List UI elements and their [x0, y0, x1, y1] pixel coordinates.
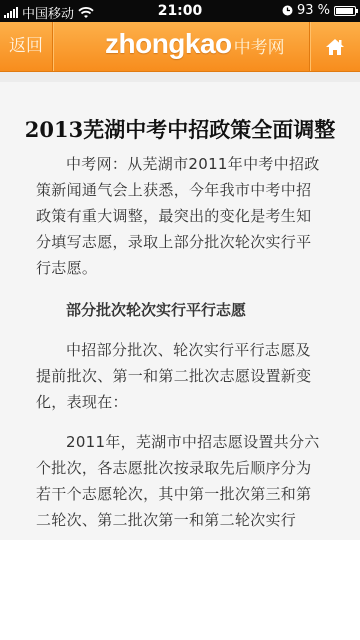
logo-text-en: zhongkao	[105, 28, 232, 60]
clock-icon	[282, 5, 293, 16]
article-content: 2013芜湖中考中招政策全面调整 中考网：从芜湖市2011年中考中招政策新闻通气…	[0, 72, 360, 540]
home-button[interactable]	[309, 22, 360, 71]
article-paragraph: 中招部分批次、轮次实行平行志愿及提前批次、第一和第二批次志愿设置新变化，表现在：	[36, 337, 324, 415]
article-paragraph: 中考网：从芜湖市2011年中考中招政策新闻通气会上获悉，今年我市中考中招政策有重…	[36, 151, 324, 281]
battery-percent: 93 %	[297, 3, 330, 18]
logo-text-cn: 中考网	[234, 33, 285, 58]
article-paragraph: 2011年，芜湖市中招志愿设置共分六个批次，各志愿批次按录取先后顺序分为若干个志…	[36, 429, 324, 533]
article-subheading: 部分批次轮次实行平行志愿	[36, 297, 324, 323]
home-icon	[325, 38, 345, 56]
battery-icon	[334, 6, 356, 16]
nav-bar: 返回 zhongkao 中考网	[0, 22, 360, 72]
article-title: 2013芜湖中考中招政策全面调整	[20, 116, 340, 143]
back-button[interactable]: 返回	[0, 22, 53, 71]
status-bar: 中国移动 21:00 93 %	[0, 0, 360, 22]
site-logo[interactable]: zhongkao 中考网	[105, 28, 285, 60]
